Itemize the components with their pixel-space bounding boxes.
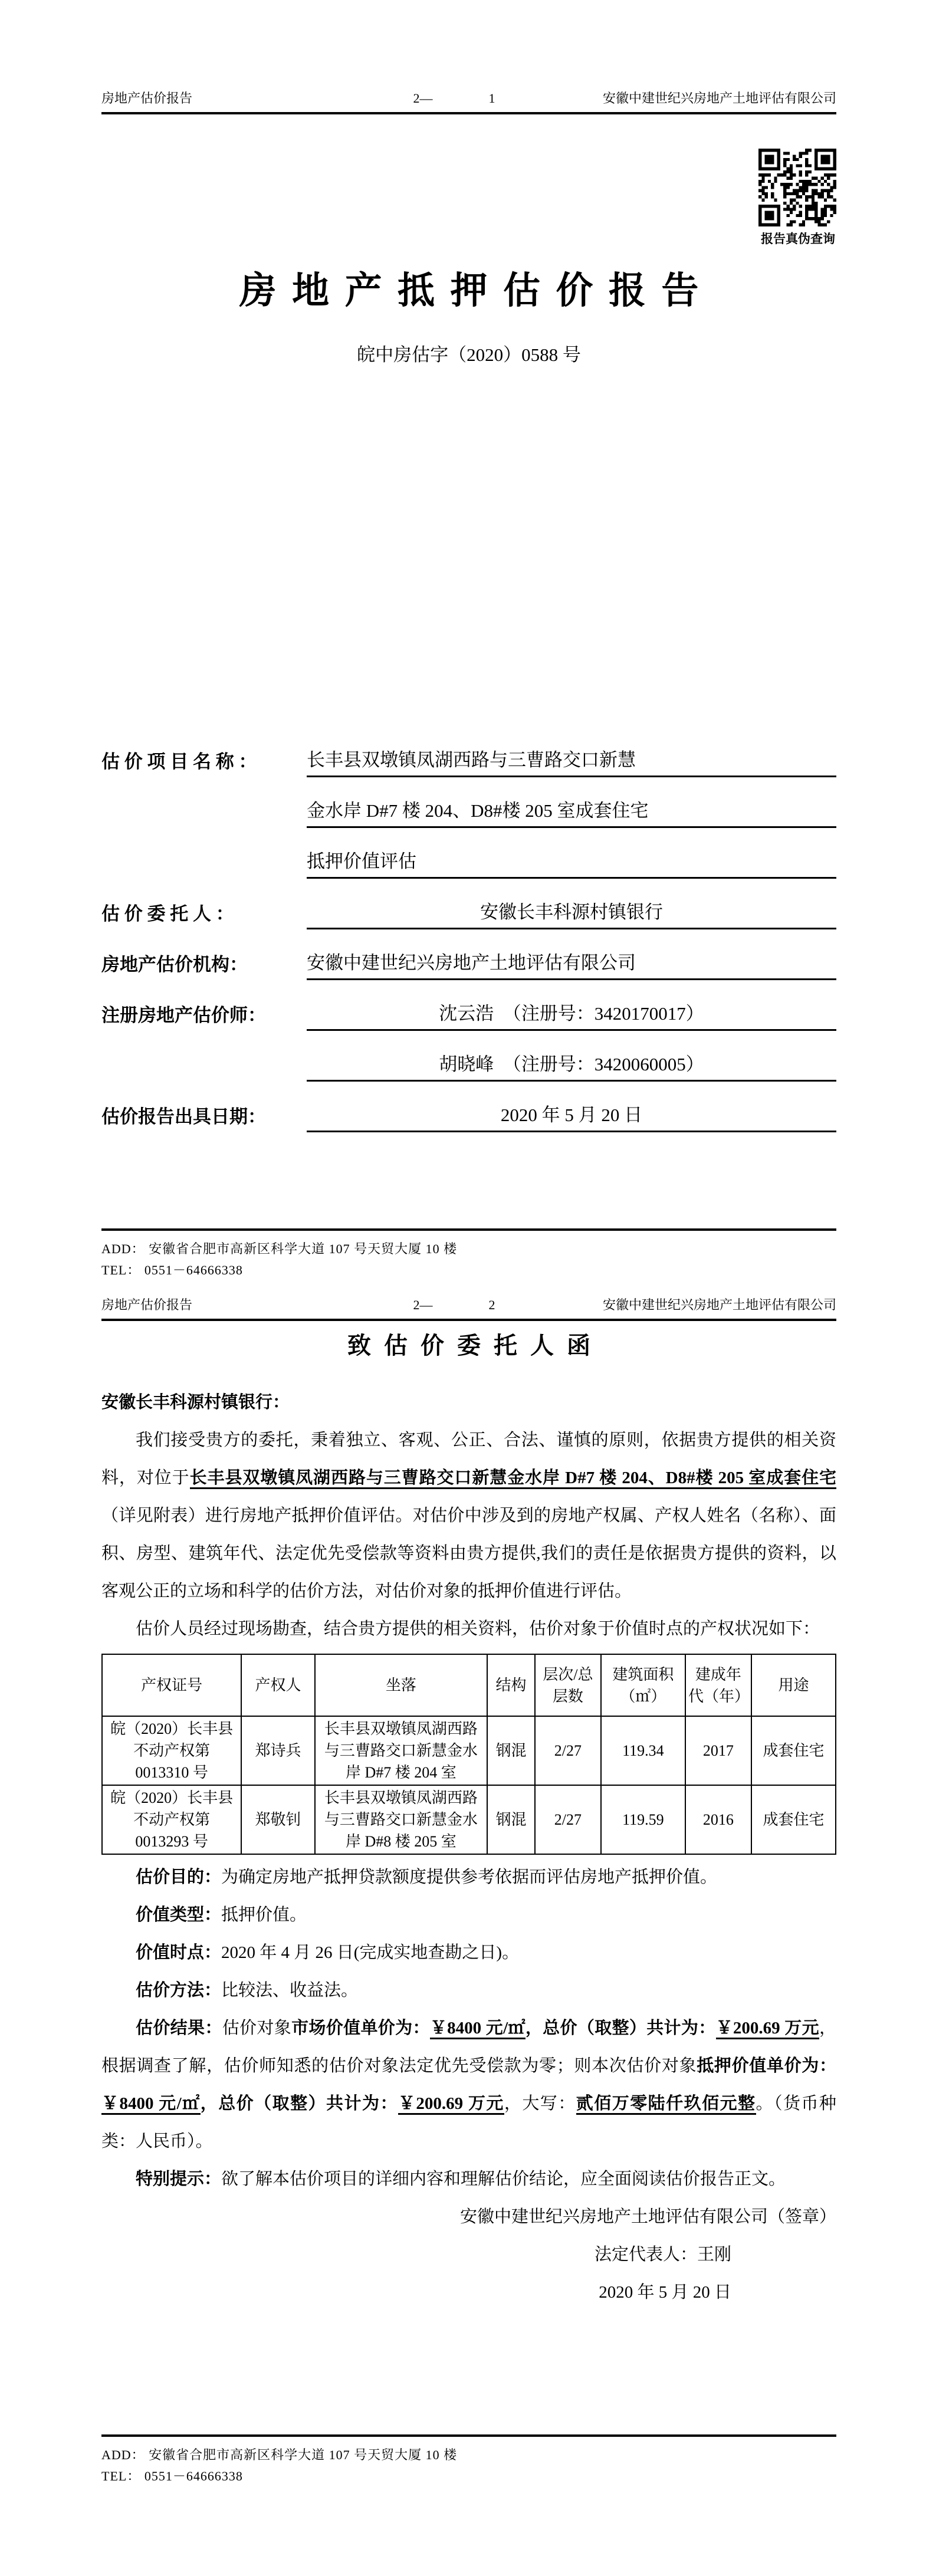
table-cell: 皖（2020）长丰县不动产权第 0013293 号 xyxy=(102,1785,241,1854)
valuation-item: 估价目的：为确定房地产抵押贷款额度提供参考依据而评估房地产抵押价值。 xyxy=(101,1858,836,1896)
field-label xyxy=(101,1078,307,1082)
text-run: 估价对象 xyxy=(222,2019,291,2038)
table-cell: 郑诗兵 xyxy=(241,1716,314,1785)
table-cell: 钢混 xyxy=(487,1785,535,1854)
valuation-items: 估价目的：为确定房地产抵押贷款额度提供参考依据而评估房地产抵押价值。价值类型：抵… xyxy=(101,1858,836,2198)
header-company-name: 安徽中建世纪兴房地产土地评估有限公司 xyxy=(559,90,836,107)
item-label: 价值类型： xyxy=(136,1905,221,1924)
signature-date: 2020 年 5 月 20 日 xyxy=(101,2273,836,2311)
table-cell: 钢混 xyxy=(487,1716,535,1785)
field-label: 注册房地产估价师： xyxy=(101,1004,307,1031)
table-row: 皖（2020）长丰县不动产权第 0013293 号郑敬钊长丰县双墩镇凤湖西路与三… xyxy=(102,1785,836,1854)
table-row: 皖（2020）长丰县不动产权第 0013310 号郑诗兵长丰县双墩镇凤湖西路与三… xyxy=(102,1716,836,1785)
field-label: 估 价 委 托 人 ： xyxy=(101,902,307,929)
table-cell: 119.34 xyxy=(601,1716,685,1785)
field-label: 房地产估价机构： xyxy=(101,953,307,980)
field-value: 安徽长丰科源村镇银行 xyxy=(307,901,836,929)
signature-block: 安徽中建世纪兴房地产土地评估有限公司（签章） 法定代表人：王刚 2020 年 5… xyxy=(101,2198,836,2311)
header-page-number: 2 xyxy=(489,1296,495,1314)
text-run: 抵押价值单价为： xyxy=(697,2056,836,2075)
item-label: 估价方法： xyxy=(136,1981,221,2000)
text-run: ， xyxy=(526,2019,543,2038)
field-value: 2020 年 5 月 20 日 xyxy=(307,1103,836,1132)
table-cell: 长丰县双墩镇凤湖西路与三曹路交口新慧金水岸 D#8 楼 205 室 xyxy=(315,1785,487,1854)
valuation-item: 特别提示：欲了解本估价项目的详细内容和理解估价结论，应全面阅读估价报告正文。 xyxy=(101,2160,836,2198)
letter-title: 致估价委托人函 xyxy=(101,1329,836,1362)
text-run: ￥200.69 万元 xyxy=(716,2019,819,2039)
letter-paragraph-1: 我们接受贵方的委托，秉着独立、客观、公正、合法、谨慎的原则，依据贵方提供的相关资… xyxy=(101,1421,836,1610)
header-page-number: 1 xyxy=(489,90,495,107)
valuation-item: 估价方法：比较法、收益法。 xyxy=(101,1972,836,2009)
table-header-cell: 坐落 xyxy=(315,1654,487,1716)
table-header-cell: 产权证号 xyxy=(102,1654,241,1716)
footer-address: ADD： 安徽省合肥市高新区科学大道 107 号天贸大厦 10 楼 xyxy=(101,2445,836,2465)
header-doc-title: 房地产估价报告 xyxy=(101,90,349,107)
page-header: 房地产估价报告 2— 1 安徽中建世纪兴房地产土地评估有限公司 xyxy=(101,0,836,107)
cover-page: 房地产估价报告 2— 1 安徽中建世纪兴房地产土地评估有限公司 报告真伪查询 房… xyxy=(0,0,936,1284)
cover-fields: 估 价 项 目 名 称 ：长丰县双墩镇凤湖西路与三曹路交口新慧金水岸 D#7 楼… xyxy=(101,727,836,1132)
text-run: ￥8400 元/㎡ xyxy=(430,2019,526,2039)
item-label: 估价结果： xyxy=(136,2019,222,2038)
cover-field-row: 估 价 委 托 人 ：安徽长丰科源村镇银行 xyxy=(101,879,836,929)
field-label xyxy=(101,824,307,828)
item-label: 价值时点： xyxy=(136,1943,221,1962)
text-run: （详见附表）进行房地产抵押价值评估。对估价中涉及到的房地产权属、产权人姓名（名称… xyxy=(101,1506,836,1601)
table-cell: 2/27 xyxy=(535,1785,601,1854)
text-run: 为确定房地产抵押贷款额度提供参考依据而评估房地产抵押价值。 xyxy=(221,1868,717,1887)
table-header-cell: 建筑面积（㎡） xyxy=(601,1654,685,1716)
signature-legal-rep: 法定代表人：王刚 xyxy=(101,2236,836,2273)
text-run: ￥200.69 万元 xyxy=(398,2094,504,2115)
report-main-title: 房地产抵押估价报告 xyxy=(101,264,836,317)
footer-rule xyxy=(101,1228,836,1231)
item-label: 特别提示： xyxy=(136,2170,221,2189)
table-cell: 2/27 xyxy=(535,1716,601,1785)
table-cell: 皖（2020）长丰县不动产权第 0013310 号 xyxy=(102,1716,241,1785)
cover-field-row: 金水岸 D#7 楼 204、D8#楼 205 室成套住宅 xyxy=(101,777,836,828)
header-rule xyxy=(101,1319,836,1321)
field-value: 长丰县双墩镇凤湖西路与三曹路交口新慧 xyxy=(307,748,836,777)
table-cell: 2016 xyxy=(685,1785,751,1854)
cover-field-row: 房地产估价机构：安徽中建世纪兴房地产土地评估有限公司 xyxy=(101,929,836,980)
footer-rule xyxy=(101,2434,836,2437)
header-page-indicator: 2— 1 xyxy=(349,90,559,107)
text-run: 比较法、收益法。 xyxy=(221,1981,358,2000)
table-cell: 119.59 xyxy=(601,1785,685,1854)
table-header-cell: 建成年代（年） xyxy=(685,1654,751,1716)
letter-salutation: 安徽长丰科源村镇银行： xyxy=(101,1384,836,1421)
cover-field-row: 注册房地产估价师：沈云浩 （注册号：3420170017） xyxy=(101,980,836,1031)
qr-verification-block: 报告真伪查询 xyxy=(101,149,836,248)
footer-telephone: TEL： 0551－64666338 xyxy=(101,1260,836,1280)
header-rule xyxy=(101,112,836,114)
text-run: 总价（取整）共计为： xyxy=(543,2019,715,2038)
page-footer: ADD： 安徽省合肥市高新区科学大道 107 号天贸大厦 10 楼 TEL： 0… xyxy=(101,1228,836,1280)
page-header: 房地产估价报告 2— 2 安徽中建世纪兴房地产土地评估有限公司 xyxy=(101,1284,836,1314)
text-run: 市场价值单价为： xyxy=(291,2019,430,2038)
field-value: 抵押价值评估 xyxy=(307,850,836,879)
table-header-cell: 结构 xyxy=(487,1654,535,1716)
field-value: 金水岸 D#7 楼 204、D8#楼 205 室成套住宅 xyxy=(307,799,836,828)
table-header-cell: 用途 xyxy=(751,1654,836,1716)
field-label xyxy=(101,875,307,879)
field-value: 胡晓峰 （注册号：3420060005） xyxy=(307,1053,836,1082)
text-run: 贰佰万零陆仟玖佰元整 xyxy=(576,2094,756,2115)
footer-telephone: TEL： 0551－64666338 xyxy=(101,2466,836,2486)
cover-field-row: 抵押价值评估 xyxy=(101,828,836,879)
text-run: ， xyxy=(201,2094,218,2113)
text-run: 2020 年 4 月 26 日(完成实地查勘之日)。 xyxy=(221,1943,519,1962)
table-cell: 郑敬钊 xyxy=(241,1785,314,1854)
header-doc-title: 房地产估价报告 xyxy=(101,1296,349,1314)
valuation-item: 价值时点：2020 年 4 月 26 日(完成实地查勘之日)。 xyxy=(101,1934,836,1972)
text-run: 抵押价值。 xyxy=(221,1905,307,1924)
letter-paragraph-2: 估价人员经过现场勘查，结合贵方提供的相关资料，估价对象于价值时点的产权状况如下： xyxy=(101,1610,836,1648)
text-run: 欲了解本估价项目的详细内容和理解估价结论，应全面阅读估价报告正文。 xyxy=(221,2170,786,2189)
qr-label: 报告真伪查询 xyxy=(761,230,835,248)
field-value: 安徽中建世纪兴房地产土地评估有限公司 xyxy=(307,951,836,980)
cover-field-row: 估 价 项 目 名 称 ：长丰县双墩镇凤湖西路与三曹路交口新慧 xyxy=(101,727,836,777)
field-label: 估价报告出具日期： xyxy=(101,1105,307,1132)
field-label: 估 价 项 目 名 称 ： xyxy=(101,750,307,777)
table-cell: 成套住宅 xyxy=(751,1716,836,1785)
text-run: 长丰县双墩镇凤湖西路与三曹路交口新慧金水岸 D#7 楼 204、D8#楼 205… xyxy=(190,1468,836,1489)
field-value: 沈云浩 （注册号：3420170017） xyxy=(307,1002,836,1031)
signature-company: 安徽中建世纪兴房地产土地评估有限公司（签章） xyxy=(101,2198,836,2236)
header-part-prefix: 2— xyxy=(413,90,433,107)
cover-field-row: 胡晓峰 （注册号：3420060005） xyxy=(101,1031,836,1082)
table-header-cell: 产权人 xyxy=(241,1654,314,1716)
cover-field-row: 估价报告出具日期：2020 年 5 月 20 日 xyxy=(101,1082,836,1132)
item-label: 估价目的： xyxy=(136,1868,221,1887)
header-page-indicator: 2— 2 xyxy=(349,1296,559,1314)
property-table: 产权证号产权人坐落结构层次/总层数建筑面积（㎡）建成年代（年）用途皖（2020）… xyxy=(101,1654,836,1855)
valuation-item: 估价结果：估价对象市场价值单价为：￥8400 元/㎡，总价（取整）共计为：￥20… xyxy=(101,2009,836,2160)
text-run: ￥8400 元/㎡ xyxy=(101,2094,201,2115)
table-cell: 长丰县双墩镇凤湖西路与三曹路交口新慧金水岸 D#7 楼 204 室 xyxy=(315,1716,487,1785)
header-part-prefix: 2— xyxy=(413,1296,433,1314)
valuation-item: 价值类型：抵押价值。 xyxy=(101,1896,836,1934)
report-number: 皖中房估字（2020）0588 号 xyxy=(101,342,836,368)
table-header-cell: 层次/总层数 xyxy=(535,1654,601,1716)
text-run: ，大写： xyxy=(504,2094,576,2113)
text-run: 总价（取整）共计为： xyxy=(218,2094,398,2113)
report-document: 房地产估价报告 2— 1 安徽中建世纪兴房地产土地评估有限公司 报告真伪查询 房… xyxy=(0,0,936,2576)
letter-page: 房地产估价报告 2— 2 安徽中建世纪兴房地产土地评估有限公司 致估价委托人函 … xyxy=(0,1284,936,2576)
footer-address: ADD： 安徽省合肥市高新区科学大道 107 号天贸大厦 10 楼 xyxy=(101,1239,836,1259)
text-run: 估价人员经过现场勘查，结合贵方提供的相关资料，估价对象于价值时点的产权状况如下： xyxy=(136,1619,820,1638)
page-footer: ADD： 安徽省合肥市高新区科学大道 107 号天贸大厦 10 楼 TEL： 0… xyxy=(101,2434,836,2486)
table-cell: 2017 xyxy=(685,1716,751,1785)
table-cell: 成套住宅 xyxy=(751,1785,836,1854)
qr-code-icon xyxy=(758,149,836,226)
header-company-name: 安徽中建世纪兴房地产土地评估有限公司 xyxy=(559,1296,836,1314)
